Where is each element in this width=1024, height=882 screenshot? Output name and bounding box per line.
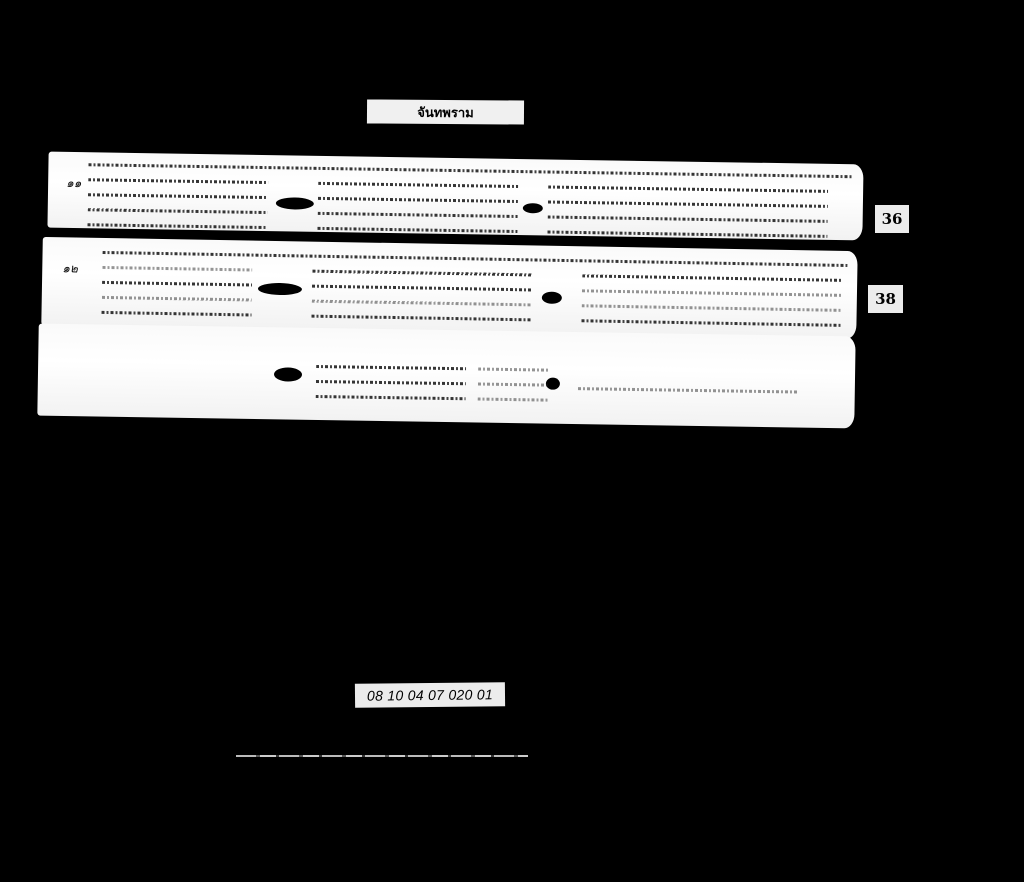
page-number-38: 38 xyxy=(875,290,896,308)
manuscript-text-block xyxy=(581,265,842,330)
string-hole xyxy=(523,203,543,213)
catalog-id-label: 08 10 04 07 020 01 xyxy=(355,682,505,708)
palm-leaf-2: ๑๒ xyxy=(41,237,857,339)
leaf-side-marker: ๑๒ xyxy=(62,259,78,278)
manuscript-text-block xyxy=(311,261,532,325)
manuscript-text-block xyxy=(101,257,252,320)
string-hole xyxy=(258,283,302,296)
title-text: จันทพราม xyxy=(417,101,474,122)
page-number-label-38: 38 xyxy=(868,285,903,313)
string-hole xyxy=(274,367,302,381)
manuscript-text-block xyxy=(547,176,828,240)
leaf-side-marker: ๑๑ xyxy=(66,174,82,193)
palm-leaf-3 xyxy=(37,324,855,429)
string-hole xyxy=(276,197,314,210)
palm-leaf-1: ๑๑ xyxy=(47,152,863,241)
string-hole xyxy=(542,292,562,304)
manuscript-text-block xyxy=(316,356,467,403)
manuscript-text-block xyxy=(478,358,549,404)
manuscript-text-block xyxy=(87,169,268,232)
page-number-label-36: 36 xyxy=(875,205,909,233)
title-label: จันทพราม xyxy=(367,99,524,124)
manuscript-text-block xyxy=(578,378,798,396)
scan-artifact-line xyxy=(236,755,528,757)
page-number-36: 36 xyxy=(882,210,903,228)
catalog-id: 08 10 04 07 020 01 xyxy=(367,686,493,703)
manuscript-text-block xyxy=(317,173,518,236)
